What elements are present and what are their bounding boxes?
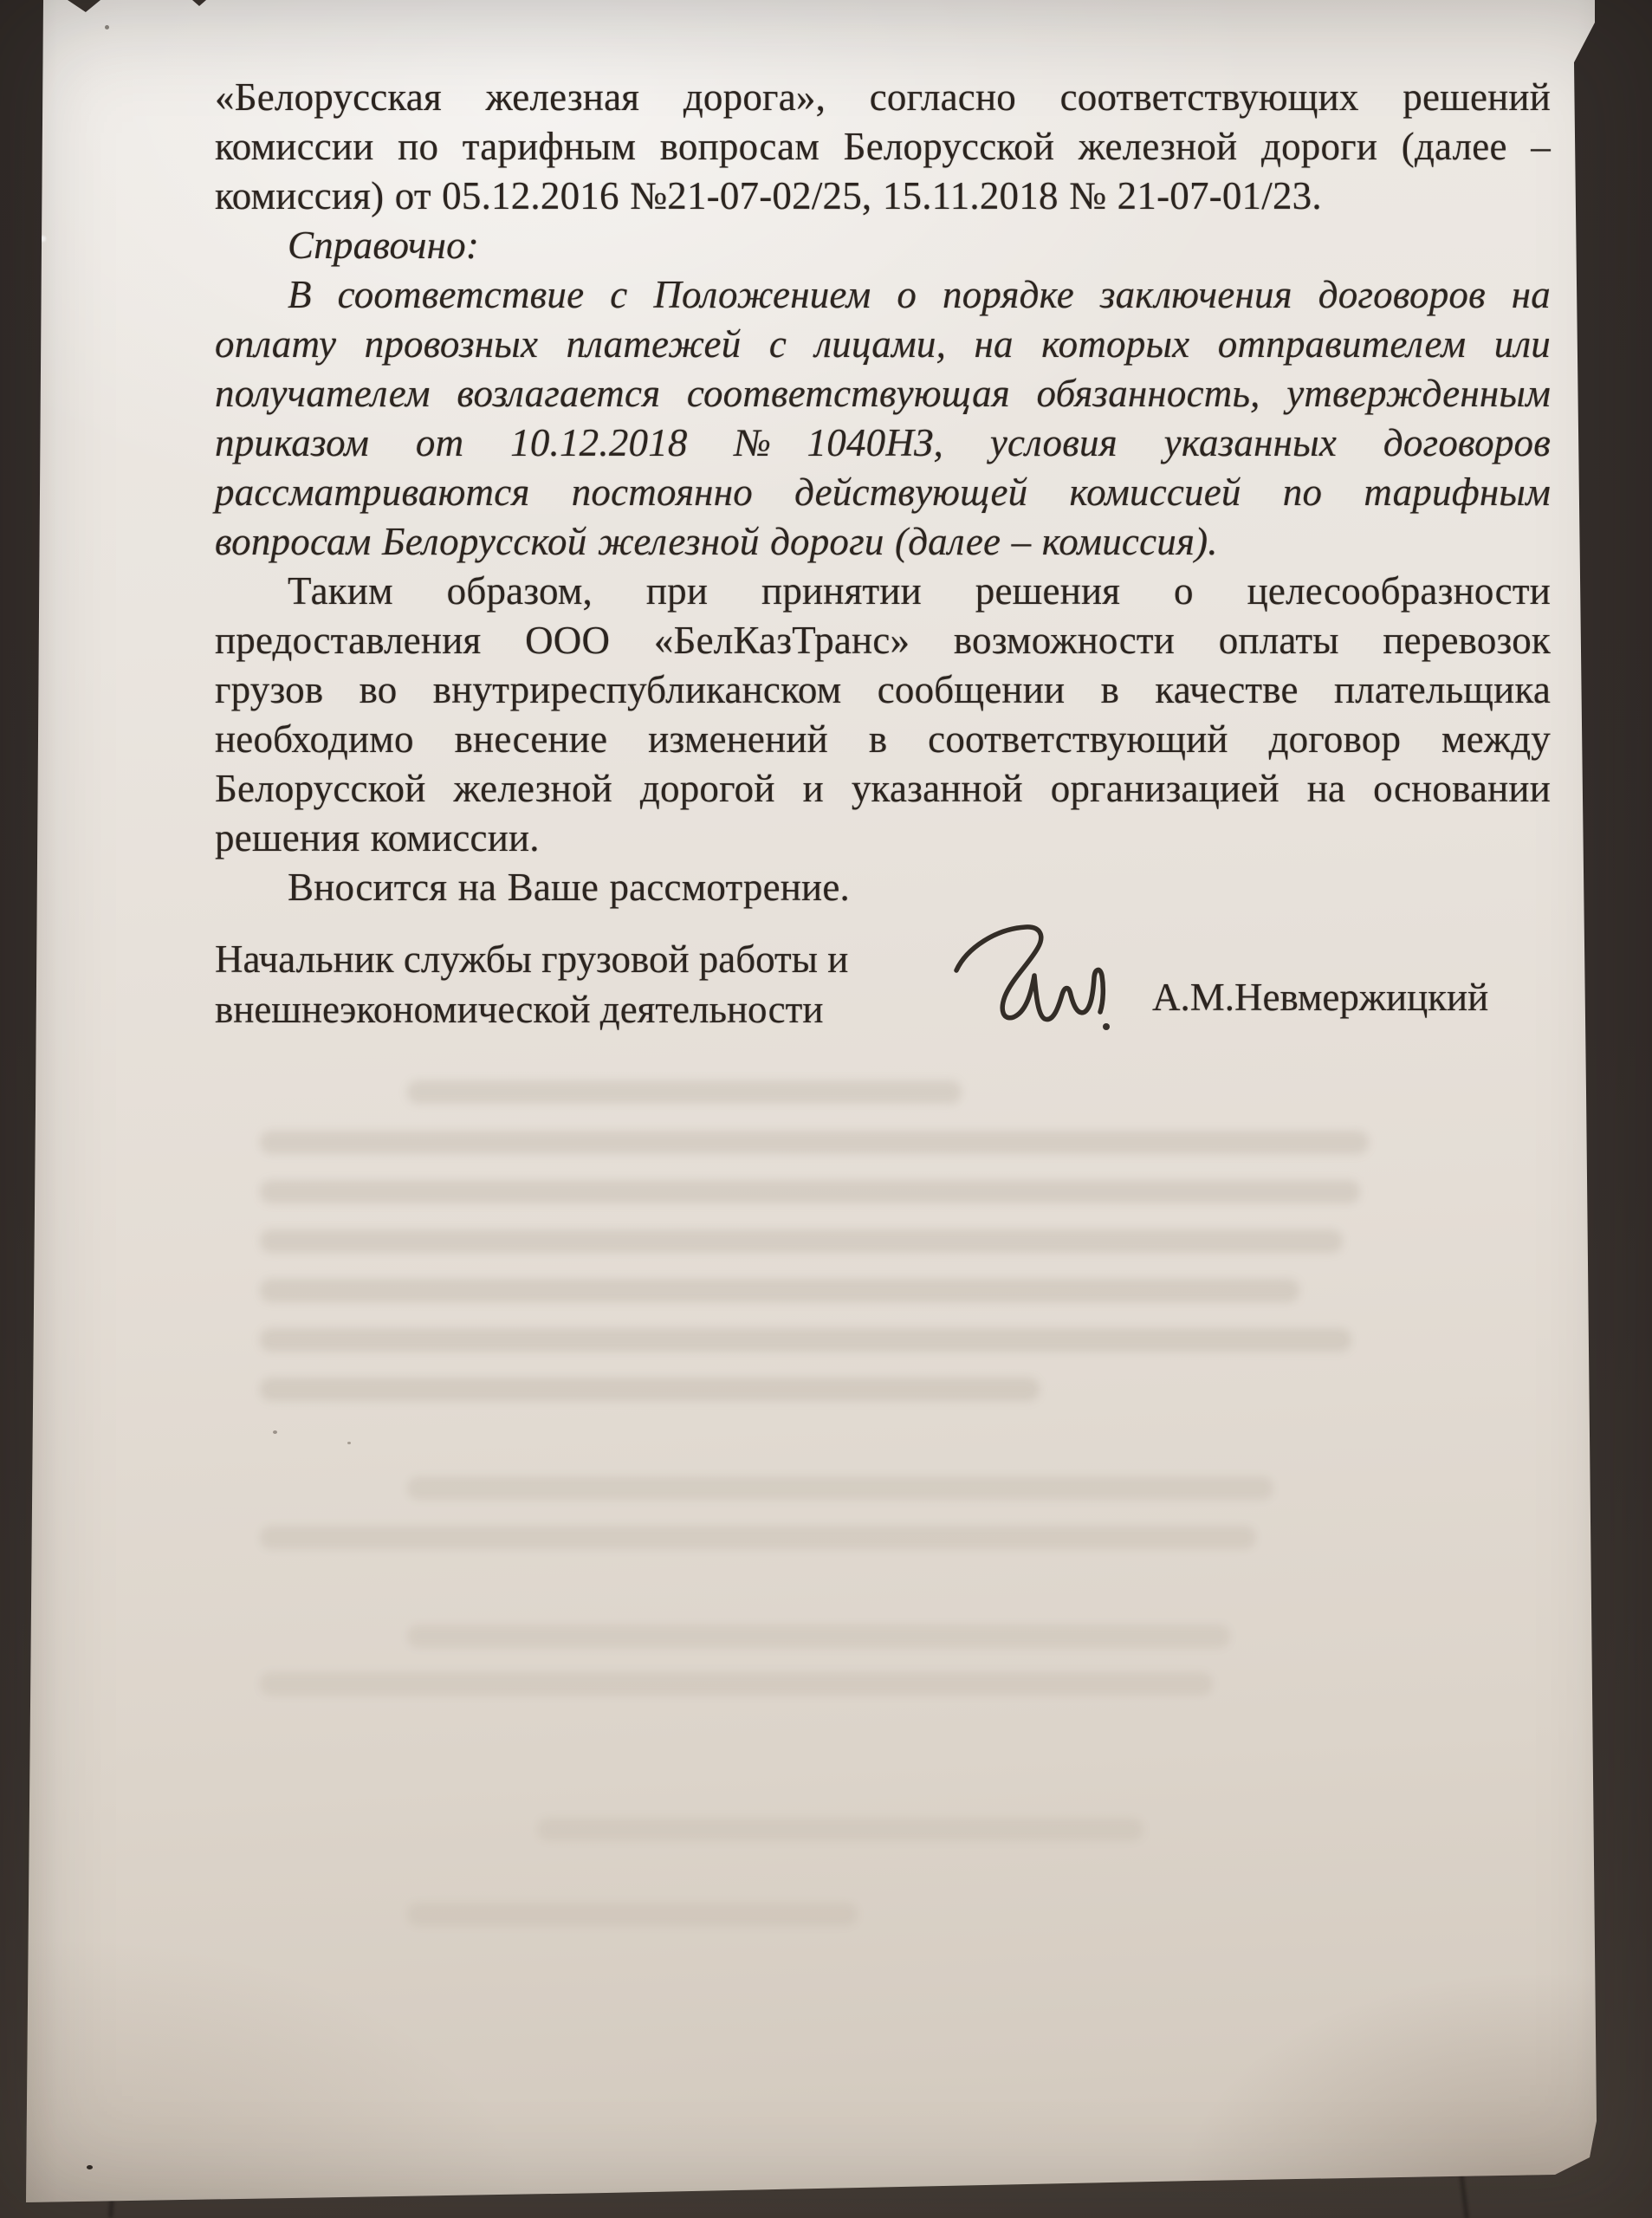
letter-body: «Белорусская железная дорога», согласно … bbox=[215, 73, 1551, 912]
signatory-title: Начальник службы грузовой работы и внешн… bbox=[215, 934, 848, 1034]
document-line: решения комиссии. bbox=[215, 814, 1551, 863]
document-line: необходимо внесение изменений в соответс… bbox=[215, 715, 1551, 764]
signatory-title-line: внешнеэкономической деятельности bbox=[215, 984, 848, 1034]
document-line: Вносится на Ваше рассмотрение. bbox=[215, 863, 1551, 912]
document-line: комиссия) от 05.12.2016 №21-07-02/25, 15… bbox=[215, 172, 1551, 221]
document-line: «Белорусская железная дорога», согласно … bbox=[215, 73, 1551, 122]
document-line: Справочно: bbox=[215, 221, 1551, 270]
signatory-title-line: Начальник службы грузовой работы и bbox=[215, 934, 848, 984]
dust-speck bbox=[347, 1442, 351, 1444]
document-line: рассматриваются постоянно действующей ко… bbox=[215, 468, 1551, 517]
handwritten-signature bbox=[951, 915, 1116, 1067]
dust-speck bbox=[273, 1430, 277, 1434]
signatory-name: А.М.Невмержицкий bbox=[1152, 972, 1488, 1022]
dust-speck bbox=[105, 25, 109, 29]
dust-speck bbox=[87, 2165, 93, 2169]
paper-sheet: «Белорусская железная дорога», согласно … bbox=[0, 0, 1652, 2218]
document-line: грузов во внутриреспубликанском сообщени… bbox=[215, 665, 1551, 715]
paper-edge-mark bbox=[192, 0, 206, 6]
photo-of-document: «Белорусская железная дорога», согласно … bbox=[0, 0, 1652, 2218]
document-line: предоставления ООО «БелКазТранс» возможн… bbox=[215, 616, 1551, 665]
document-line: приказом от 10.12.2018 №1040НЗ, условия … bbox=[215, 418, 1551, 468]
document-line: Белорусской железной дорогой и указанной… bbox=[215, 764, 1551, 814]
document-line: комиссии по тарифным вопросам Белорусско… bbox=[215, 122, 1551, 172]
document-line: вопросам Белорусской железной дороги (да… bbox=[215, 517, 1551, 567]
document-line: оплату провозных платежей с лицами, на к… bbox=[215, 320, 1551, 369]
document-line: Таким образом, при принятии решения о це… bbox=[215, 567, 1551, 616]
document-line: получателем возлагается соответствующая … bbox=[215, 369, 1551, 418]
paper-edge-mark bbox=[68, 0, 100, 12]
document-line: В соответствие с Положением о порядке за… bbox=[215, 270, 1551, 320]
